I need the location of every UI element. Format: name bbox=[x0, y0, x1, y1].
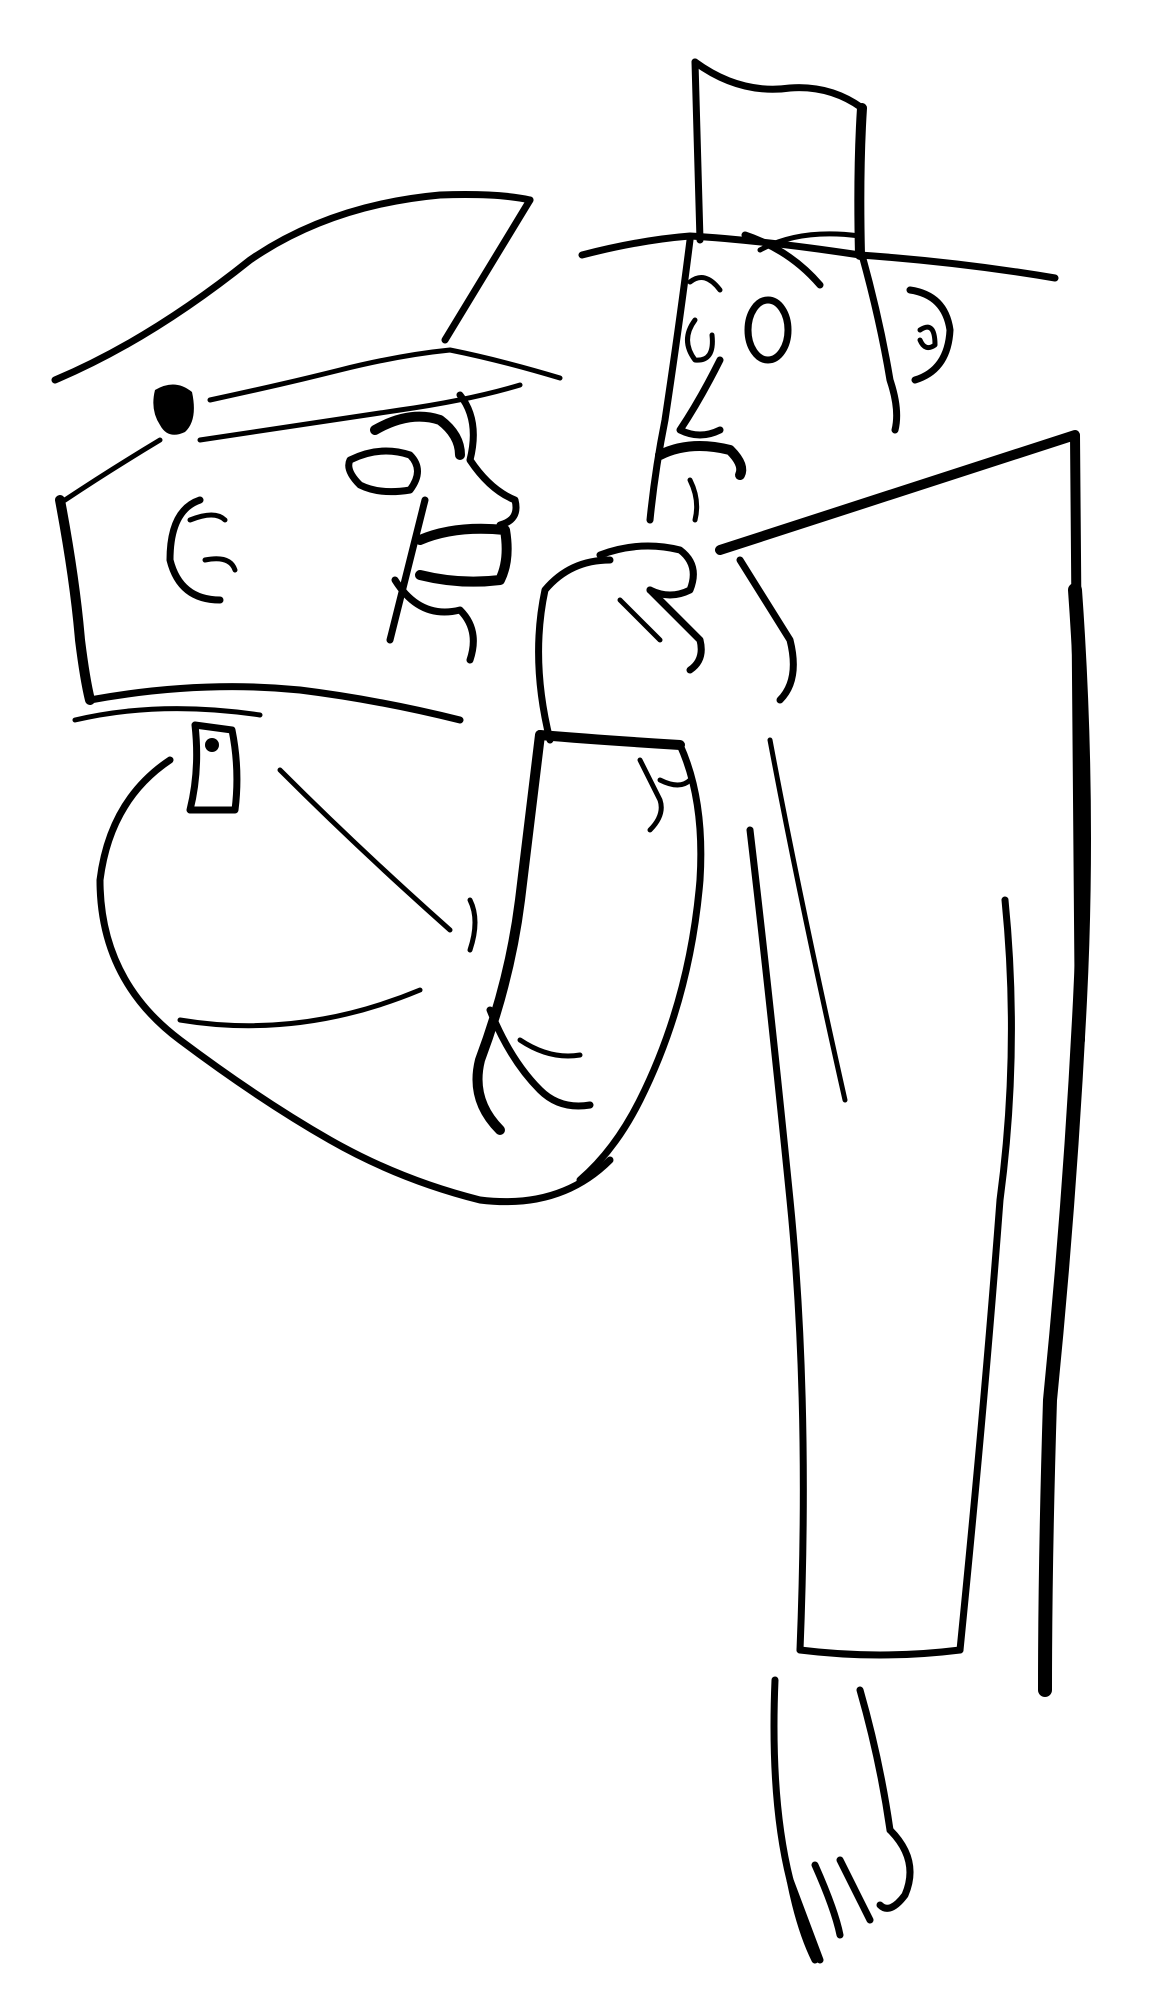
tall-man-coat bbox=[720, 435, 1084, 1690]
officer-arm bbox=[478, 546, 702, 1180]
ink-illustration bbox=[0, 0, 1157, 2000]
top-hat bbox=[582, 62, 1055, 278]
officer-face bbox=[60, 395, 516, 720]
tall-man-hand bbox=[774, 1680, 910, 1960]
tall-man-face bbox=[650, 235, 950, 520]
officer-cap bbox=[55, 195, 560, 500]
